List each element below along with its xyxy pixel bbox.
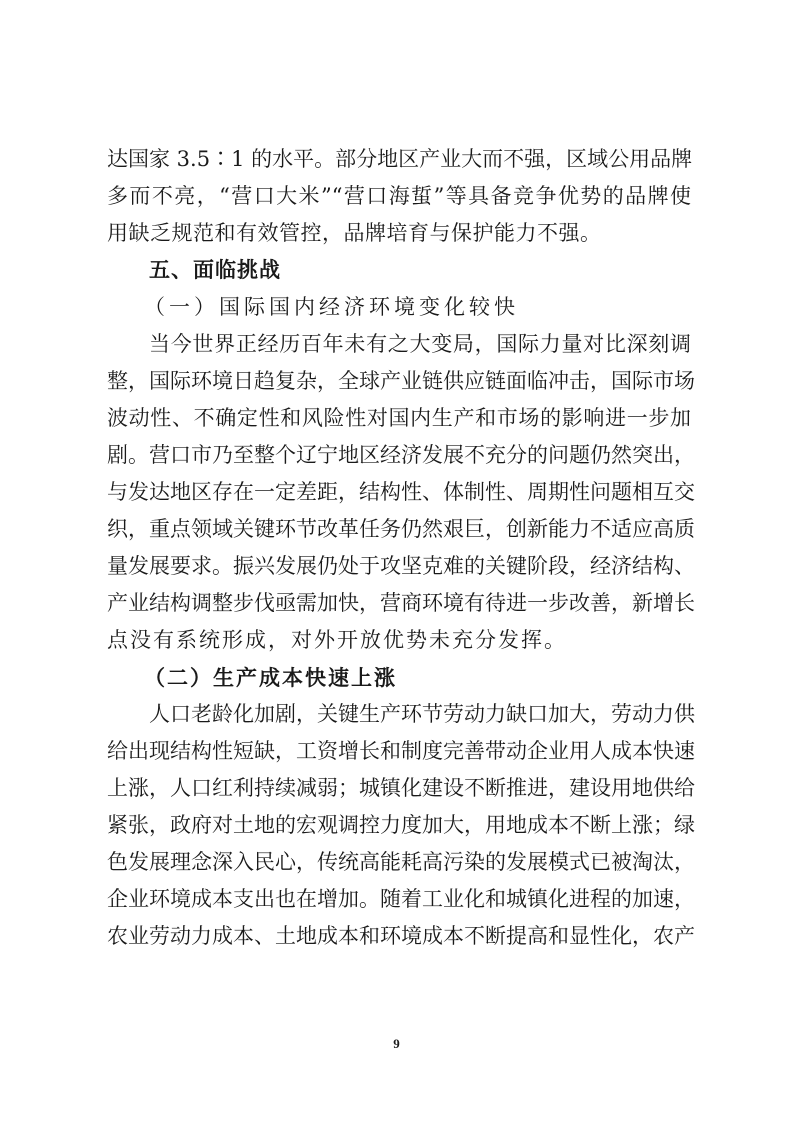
paragraph-line: 用缺乏规范和有效管控，品牌培育与保护能力不强。 (107, 215, 691, 252)
paragraph-line: 多而不亮，“营口大米”“营口海蜇”等具备竞争优势的品牌使 (107, 178, 691, 215)
paragraph-line: 整，国际环境日趋复杂，全球产业链供应链面临冲击，国际市场 (107, 363, 691, 400)
subsection-heading: （二）生产成本快速上涨 (144, 659, 397, 696)
paragraph-line: 人口老龄化加剧，关键生产环节劳动力缺口加大，劳动力供 (149, 696, 691, 733)
paragraph-line: 当今世界正经历百年未有之大变局，国际力量对比深刻调 (149, 326, 691, 363)
paragraph-line: 上涨，人口红利持续减弱；城镇化建设不断推进，建设用地供给 (107, 770, 691, 807)
paragraph-line: 点没有系统形成，对外开放优势未充分发挥。 (107, 622, 691, 659)
paragraph-line: 紧张，政府对土地的宏观调控力度加大，用地成本不断上涨；绿 (107, 807, 691, 844)
document-page: 达国家 3.5∶1 的水平。部分地区产业大而不强，区域公用品牌 多而不亮，“营口… (0, 0, 793, 1122)
paragraph-line: 产业结构调整步伐亟需加快，营商环境有待进一步改善，新增长 (107, 585, 691, 622)
paragraph-line: 企业环境成本支出也在增加。随着工业化和城镇化进程的加速， (107, 881, 691, 918)
paragraph-line: 波动性、不确定性和风险性对国内生产和市场的影响进一步加 (107, 400, 691, 437)
paragraph-line: 色发展理念深入民心，传统高能耗高污染的发展模式已被淘汰， (107, 844, 691, 881)
paragraph-line: 达国家 3.5∶1 的水平。部分地区产业大而不强，区域公用品牌 (107, 141, 691, 178)
paragraph-line: 与发达地区存在一定差距，结构性、体制性、周期性问题相互交 (107, 474, 691, 511)
paragraph-line: 剧。营口市乃至整个辽宁地区经济发展不充分的问题仍然突出， (107, 437, 691, 474)
paragraph-line: 量发展要求。振兴发展仍处于攻坚克难的关键阶段，经济结构、 (107, 548, 691, 585)
paragraph-line: 农业劳动力成本、土地成本和环境成本不断提高和显性化，农产 (107, 918, 691, 955)
section-heading: 五、面临挑战 (149, 252, 281, 289)
subsection-heading: （一）国际国内经济环境变化较快 (144, 289, 519, 326)
page-number: 9 (0, 1036, 793, 1052)
paragraph-line: 给出现结构性短缺，工资增长和制度完善带动企业用人成本快速 (107, 733, 691, 770)
paragraph-line: 织，重点领域关键环节改革任务仍然艰巨，创新能力不适应高质 (107, 511, 691, 548)
